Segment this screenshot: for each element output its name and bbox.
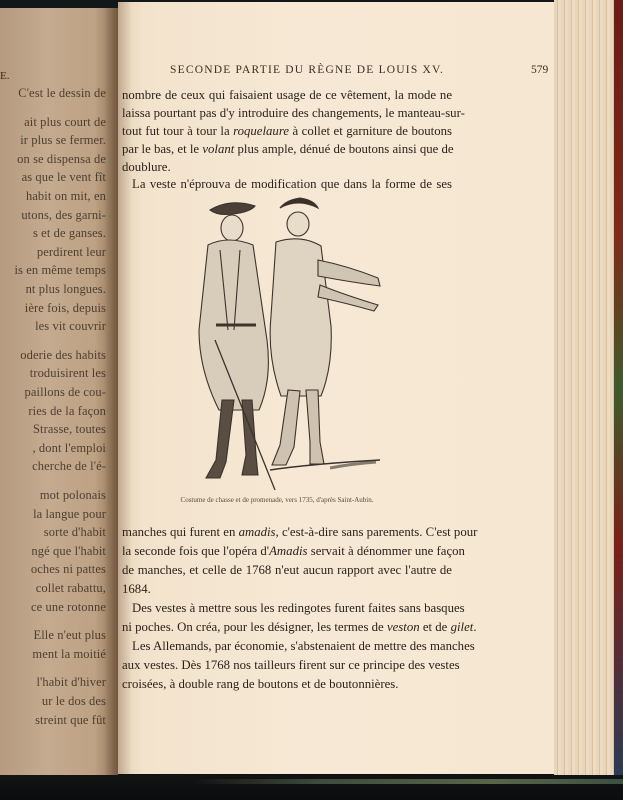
cloth-underlay [190,779,623,784]
body-line: nombre de ceux qui faisaient usage de ce… [122,88,452,103]
left-page-line: ce une rotonne [31,600,106,615]
scan-background-bottom [0,775,623,800]
body-line: croisées, à double rang de boutons et de… [122,677,452,692]
left-page-line: ait plus court de [24,115,106,130]
body-line: par le bas, et le volant plus ample, dén… [122,142,452,157]
figure-caption: Costume de chasse et de promenade, vers … [142,496,412,504]
left-page-line: troduisirent les [30,366,106,381]
left-page-line: ière fois, depuis [25,301,106,316]
engraving-illustration [180,190,394,490]
left-page-line: la langue pour [33,507,106,522]
body-line: 1684. [122,582,452,597]
left-page-line: ur le dos des [42,694,106,709]
left-gutter-shadow [104,8,118,775]
left-page-line: mot polonais [40,488,106,503]
left-page-line: ir plus se fermer. [20,133,106,148]
left-page-line: ment la moitié [32,647,106,662]
left-page-line: sorte d'habit [44,525,106,540]
italic-term: amadis [239,525,276,539]
left-page: E. C'est le dessin deait plus court deir… [0,8,118,775]
body-line: manches qui furent en amadis, c'est-à-di… [122,525,452,540]
book-cover-edge [614,0,623,780]
italic-term: veston [387,620,420,634]
left-page-line: les vit couvrir [35,319,106,334]
left-page-line: s et de ganses. [33,226,106,241]
body-line: laissa pourtant pas d'y introduire des c… [122,106,452,121]
left-page-line: on se dispensa de [17,152,106,167]
body-line: Des vestes à mettre sous les redingotes … [122,601,452,616]
page-edges-stack [554,0,614,778]
italic-term: Amadis [269,544,307,558]
body-line: Les Allemands, par économie, s'abstenaie… [122,639,452,654]
left-page-line: l'habit d'hiver [36,675,106,690]
left-page-line: ries de la façon [28,404,106,419]
left-page-line: habit on mit, en [26,189,106,204]
body-line: la seconde fois que l'opéra d'Amadis ser… [122,544,452,559]
left-page-line: Strasse, toutes [33,422,106,437]
body-line: aux vestes. Dès 1768 nos tailleurs firen… [122,658,452,673]
left-page-line: paillons de cou- [25,385,106,400]
body-line: ni poches. On créa, pour les désigner, l… [122,620,452,635]
left-page-line: as que le vent fît [22,170,106,185]
left-page-line: oderie des habits [20,348,106,363]
right-page: SECONDE PARTIE DU RÈGNE DE LOUIS XV. 579… [118,2,555,774]
body-line: tout fut tour à tour la roquelaure à col… [122,124,452,139]
left-page-line: C'est le dessin de [18,86,106,101]
italic-term: gilet [451,620,474,634]
italic-term: roquelaure [233,124,289,138]
left-page-line: oches ni pattes [31,562,106,577]
left-page-line: is en même temps [14,263,106,278]
italic-term: volant [202,142,234,156]
left-page-line: perdirent leur [37,245,106,260]
left-page-line: utons, des garni- [21,208,106,223]
left-running-head-fragment: E. [0,70,9,82]
left-page-line: , dont l'emploi [32,441,106,456]
left-page-line: Elle n'eut plus [34,628,107,643]
left-page-line: collet rabattu, [36,581,106,596]
body-line: doublure. [122,160,452,175]
body-line: de manches, et celle de 1768 n'eut aucun… [122,563,452,578]
page-number: 579 [531,64,548,76]
left-page-line: cherche de l'é- [32,459,106,474]
left-page-line: ngé que l'habit [31,544,106,559]
running-head: SECONDE PARTIE DU RÈGNE DE LOUIS XV. [170,64,444,76]
left-page-line: streint que fût [35,713,106,728]
left-page-line: nt plus longues. [26,282,106,297]
